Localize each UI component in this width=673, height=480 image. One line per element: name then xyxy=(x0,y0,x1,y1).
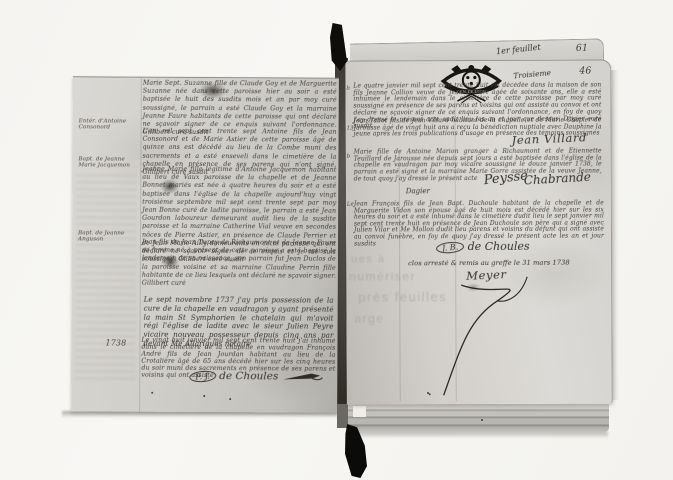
spine-below-pages xyxy=(337,404,348,428)
ink-speck xyxy=(151,392,153,394)
troisieme-annotation: Troisieme xyxy=(513,68,551,80)
signature-initials: F. J. xyxy=(189,370,216,383)
ink-speck xyxy=(427,392,429,394)
folio-number-46: 46 xyxy=(579,66,591,77)
binding-clasp-top xyxy=(330,23,347,71)
margin-note-year: 1738 xyxy=(105,340,145,347)
ink-speck xyxy=(429,393,431,395)
entry-mark: b xyxy=(346,86,350,92)
ink-blot xyxy=(199,82,227,99)
margin-note: Entér. d'Antoine Consonord xyxy=(79,118,141,131)
ghost-print-line: près feuilles xyxy=(358,289,447,304)
ink-speck xyxy=(229,398,231,400)
signature-initials: J. B. xyxy=(436,241,465,255)
stack-corner xyxy=(353,406,366,417)
priest-signature: F. J. de Choules xyxy=(189,370,323,383)
signature-flourish-icon xyxy=(431,273,542,401)
ghost-print-line: ues à xyxy=(351,253,385,265)
left-page: Entér. d'Antoine Consonord Bapt. de Jean… xyxy=(71,76,339,412)
margin-note: Bapt. de Jeanne Anguson xyxy=(78,230,140,243)
entry-mark: b xyxy=(347,154,351,160)
closing-statement: clos arresté & remis au greffe le 31 mar… xyxy=(408,259,570,268)
dagier-signature: Dagier xyxy=(406,187,430,195)
pen-flourish-icon xyxy=(282,370,324,382)
stain xyxy=(466,283,480,292)
ink-blot xyxy=(162,255,179,269)
ghost-print-line: numériser xyxy=(349,269,416,283)
witness-signature: Chabrande xyxy=(523,170,591,188)
ink-blot xyxy=(160,179,179,194)
page-stack xyxy=(348,404,609,433)
ghost-print-line: arge xyxy=(354,311,384,325)
entry-mark: Le xyxy=(347,202,354,208)
ink-speck xyxy=(481,419,483,421)
margin-note: Bapt. de Jeanne Marie Jacquemon xyxy=(78,156,140,169)
right-page: 46 Troisieme GEN. DE LYON b 13 b Le Le q… xyxy=(345,59,612,404)
register-scan: 61 1er feuillet Entér. d'Antoine Consono… xyxy=(0,0,673,480)
entry-mark: 13 xyxy=(347,126,354,132)
villard-signature: Jean Villard xyxy=(511,130,587,147)
ink-speck xyxy=(203,395,205,397)
folio-number-61: 61 xyxy=(576,43,588,54)
choules-signature: J. B. de Choules xyxy=(436,240,530,253)
verso-bleedthrough xyxy=(75,169,136,384)
